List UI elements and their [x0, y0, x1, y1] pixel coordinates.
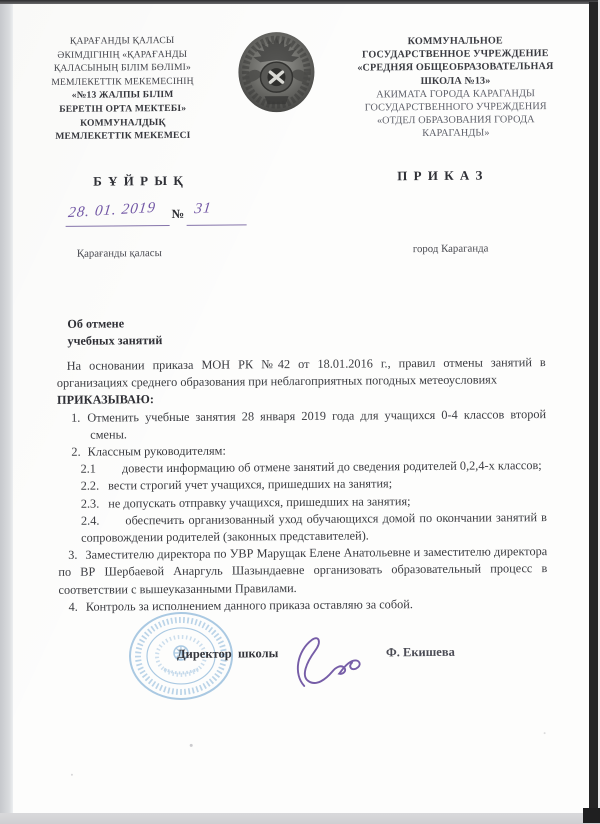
number-underline	[187, 224, 247, 226]
order-intro: На основании приказа МОН РК №42 от 18.01…	[57, 354, 546, 392]
number-sign: №	[171, 207, 184, 222]
paper-speck	[71, 774, 73, 776]
order-item-number: 3.	[68, 548, 85, 562]
date-underline	[66, 225, 170, 227]
kazakhstan-coat-of-arms-icon	[236, 30, 317, 117]
order-item-number: 2.	[71, 445, 87, 459]
order-item: 2.4.обеспечить организованный уход обуча…	[81, 509, 547, 547]
director-signature-icon	[288, 633, 368, 696]
order-item-number: 1.	[71, 410, 87, 424]
order-items: 1.Отменить учебные занятия 28 января 201…	[57, 406, 548, 616]
place-kazakh: Қарағанды қаласы	[77, 247, 162, 260]
order-item: 1.Отменить учебные занятия 28 января 201…	[71, 406, 546, 444]
signature-role: Директор школы	[177, 646, 279, 662]
paper-speck	[190, 744, 193, 747]
order-title-kazakh: Б Ұ Й Р Ы Қ	[93, 173, 184, 190]
order-title-russian: П Р И К А З	[397, 168, 484, 185]
order-body: На основании приказа МОН РК №42 от 18.01…	[57, 354, 548, 616]
signature-name: Ф. Екишева	[386, 645, 455, 661]
order-item-number: 2.3.	[81, 496, 109, 510]
document-content: ҚАРАҒАНДЫ ҚАЛАСЫ ӘКІМДІГІНІҢ «ҚАРАҒАНДЫ …	[0, 0, 600, 824]
paper-speck	[544, 732, 546, 734]
letterhead-russian-bottom: АКИМАТА ГОРОДА КАРАГАНДЫ ГОСУДАРСТВЕННОГ…	[326, 87, 586, 142]
order-subject: Об отмене учебных занятий	[67, 315, 162, 349]
letterhead-kazakh-bottom: «№13 ЖАЛПЫ БІЛІМ БЕРЕТІН ОРТА МЕКТЕБІ» К…	[34, 88, 212, 144]
order-item-number: 2.4.	[81, 513, 126, 527]
handwritten-order-number: 31	[193, 200, 212, 218]
handwritten-date: 28. 01. 2019	[67, 200, 157, 222]
place-russian: город Караганда	[413, 243, 489, 256]
letterhead-russian: КОММУНАЛЬНОЕ ГОСУДАРСТВЕННОЕ УЧРЕЖДЕНИЕ …	[325, 34, 586, 142]
order-item-number: 2.2.	[81, 479, 109, 493]
letterhead-kazakh-top: ҚАРАҒАНДЫ ҚАЛАСЫ ӘКІМДІГІНІҢ «ҚАРАҒАНДЫ …	[33, 34, 211, 90]
order-item-number: 2.1	[80, 462, 121, 476]
order-item-number: 4.	[69, 600, 86, 614]
letterhead-russian-top: КОММУНАЛЬНОЕ ГОСУДАРСТВЕННОЕ УЧРЕЖДЕНИЕ …	[325, 34, 585, 89]
letterhead-kazakh: ҚАРАҒАНДЫ ҚАЛАСЫ ӘКІМДІГІНІҢ «ҚАРАҒАНДЫ …	[33, 34, 212, 144]
order-item: 3.Заместителю директора по УВР Марущак Е…	[58, 543, 547, 598]
